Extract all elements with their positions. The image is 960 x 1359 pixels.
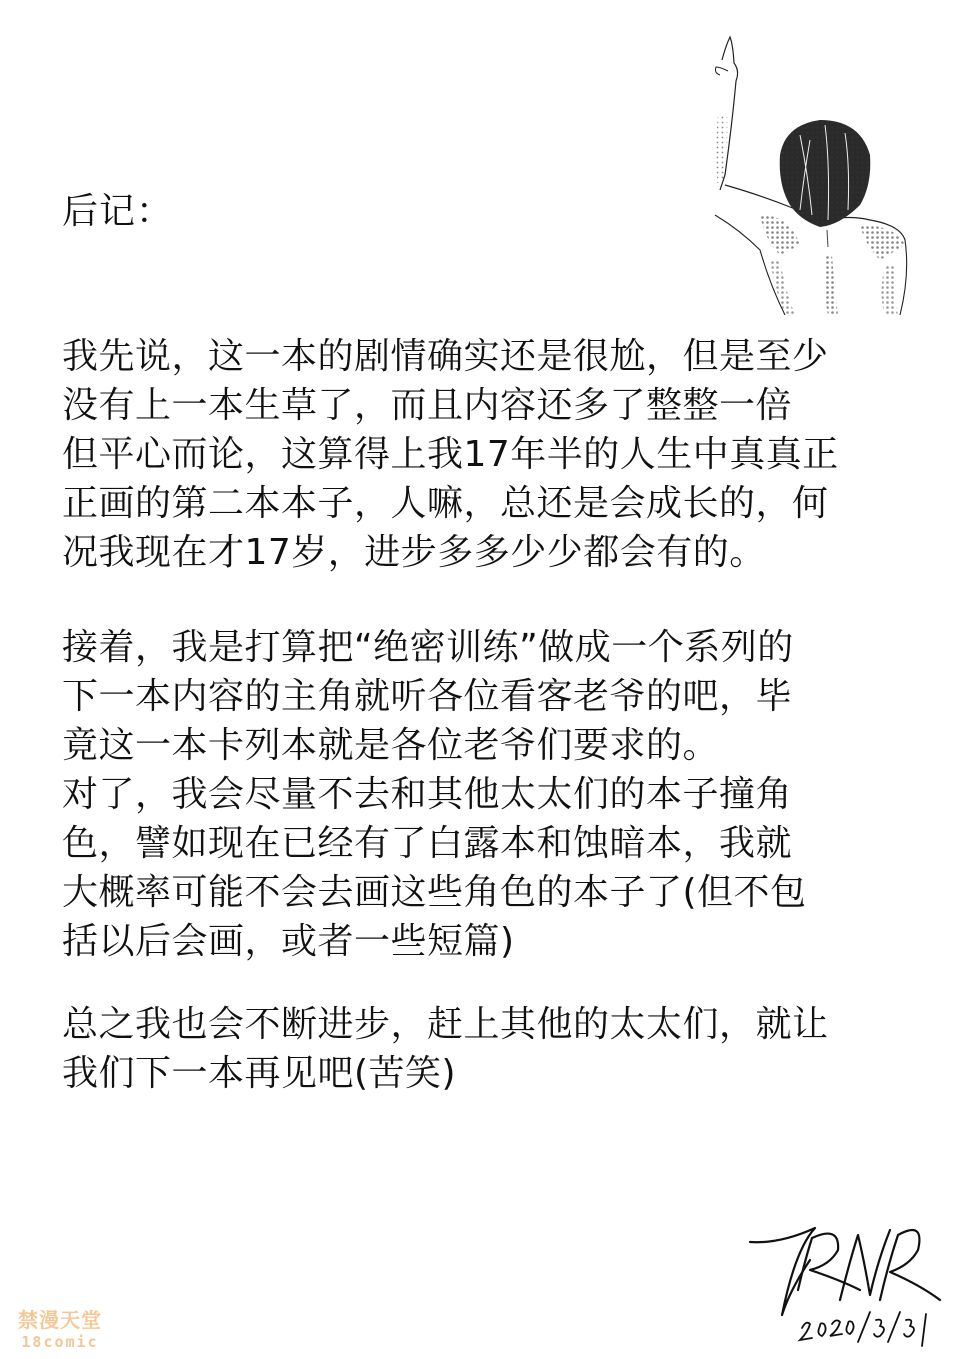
text-line: 没有上一本生草了，而且内容还多了整整一倍 xyxy=(62,381,839,430)
afterword-page: 后记： 我先说，这一本的剧情确实还是很尬，但是至少 没有上一本生草了，而且内容还… xyxy=(0,0,960,1359)
text-line: 色，譬如现在已经有了白露本和蚀暗本，我就 xyxy=(62,819,807,868)
watermark-en: 18comic xyxy=(4,1332,116,1352)
text-line: 总之我也会不断进步，赶上其他的太太们，就让 xyxy=(62,1000,829,1049)
text-line: 况我现在才17岁，进步多多少少都会有的。 xyxy=(62,528,839,577)
text-line: 大概率可能不会去画这些角色的本子了(但不包 xyxy=(62,868,807,917)
text-line: 下一本内容的主角就听各位看客老爷的吧，毕 xyxy=(62,672,807,721)
text-line: 但平心而论，这算得上我17年半的人生中真真正 xyxy=(62,430,839,479)
pointing-figure-illustration xyxy=(700,15,950,315)
paragraph-intro: 我先说，这一本的剧情确实还是很尬，但是至少 没有上一本生草了，而且内容还多了整整… xyxy=(62,332,839,577)
afterword-title: 后记： xyxy=(62,188,173,236)
text-line: 竟这一本卡列本就是各位老爷们要求的。 xyxy=(62,721,807,770)
site-watermark: 禁漫天堂 18comic xyxy=(4,1308,116,1356)
paragraph-series-plan: 接着，我是打算把“绝密训练”做成一个系列的 下一本内容的主角就听各位看客老爷的吧… xyxy=(62,623,807,966)
paragraph-closing: 总之我也会不断进步，赶上其他的太太们，就让 我们下一本再见吧(苦笑) xyxy=(62,1000,829,1098)
text-line: 括以后会画，或者一些短篇) xyxy=(62,917,807,966)
handwritten-signature: TRNR xyxy=(740,1200,950,1350)
text-line: 对了，我会尽量不去和其他太太们的本子撞角 xyxy=(62,770,807,819)
watermark-cn: 禁漫天堂 xyxy=(4,1308,116,1332)
text-line: 我先说，这一本的剧情确实还是很尬，但是至少 xyxy=(62,332,839,381)
text-line: 接着，我是打算把“绝密训练”做成一个系列的 xyxy=(62,623,807,672)
text-line: 正画的第二本本子，人嘛，总还是会成长的，何 xyxy=(62,479,839,528)
text-line: 我们下一本再见吧(苦笑) xyxy=(62,1049,829,1098)
